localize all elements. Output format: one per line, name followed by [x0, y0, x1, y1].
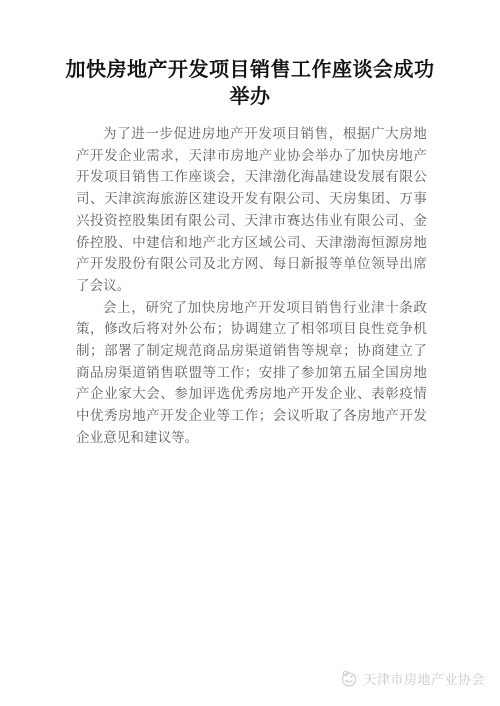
article-paragraph: 为了进一步促进房地产开发项目销售，根据广大房地产开发企业需求，天津市房地产业协会…: [76, 123, 427, 297]
association-logo-icon: [339, 668, 359, 688]
article-title: 加快房地产开发项目销售工作座谈会成功举办: [63, 57, 438, 111]
article-paragraph: 会上，研究了加快房地产开发项目销售行业津十条政策，修改后将对外公布；协调建立了相…: [76, 297, 427, 449]
article-page: 加快房地产开发项目销售工作座谈会成功举办 为了进一步促进房地产开发项目销售，根据…: [0, 0, 500, 706]
footer-org-name: 天津市房地产业协会: [363, 669, 485, 688]
article-body: 为了进一步促进房地产开发项目销售，根据广大房地产开发企业需求，天津市房地产业协会…: [76, 123, 427, 449]
article-footer: 天津市房地产业协会: [339, 667, 485, 689]
